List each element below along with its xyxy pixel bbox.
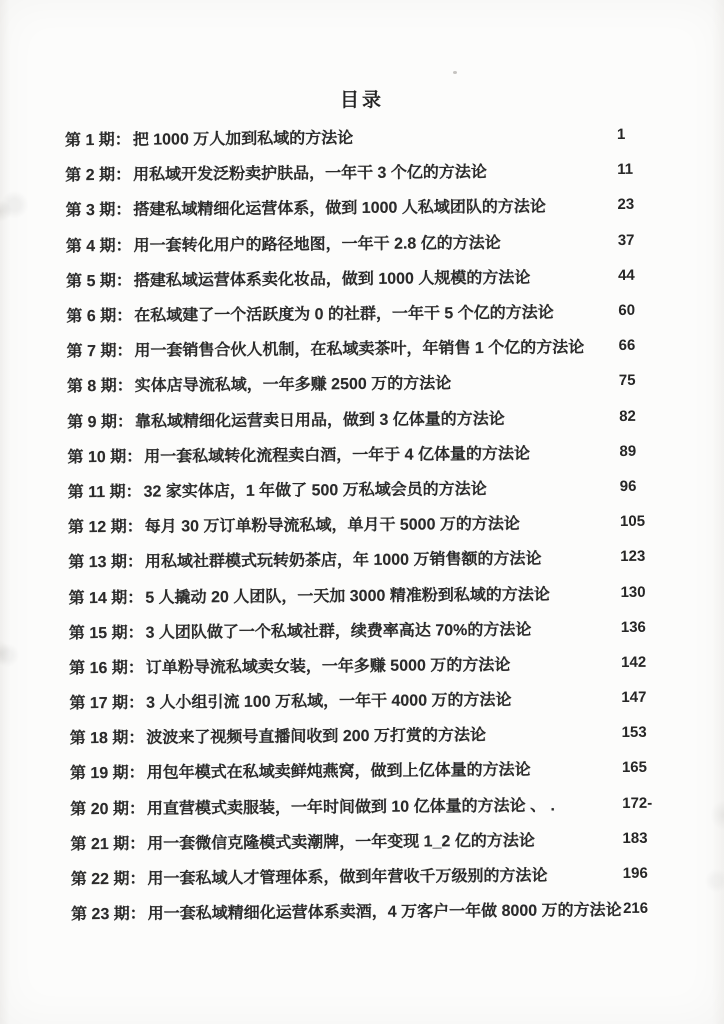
toc-entry-text: 第 14 期：5 人撬动 20 人团队，一天加 3000 精准粉到私域的方法论	[68, 581, 620, 608]
toc-entry-title: 3 人小组引流 100 万私域，一年干 4000 万的方法论	[146, 692, 512, 712]
toc-entry-page: 183	[622, 829, 668, 846]
toc-entry-text: 第 20 期：用直营模式卖服装，一年时间做到 10 亿体量的方法论 、 .	[70, 792, 622, 819]
toc-entry-text: 第 16 期：订单粉导流私域卖女装，一年多赚 5000 万的方法论	[69, 651, 621, 678]
toc-entry-page: 147	[621, 689, 667, 706]
toc-entry: 第 1 期：把 1000 万人加到私域的方法论 1	[0, 116, 721, 157]
toc-entry-label: 第 21 期：	[70, 836, 145, 854]
toc-entry-page: 136	[621, 618, 667, 635]
toc-entry-title: 用一套销售合伙人机制，在私域卖茶叶，年销售 1 个亿的方法论	[134, 339, 584, 360]
toc-entry-title: 搭建私域运营体系卖化妆品，做到 1000 人规模的方法论	[134, 270, 531, 290]
toc-entry-text: 第 17 期：3 人小组引流 100 万私域，一年干 4000 万的方法论	[69, 686, 621, 713]
toc-entry-text: 第 23 期：用一套私域精细化运营体系卖酒，4 万客户一年做 8000 万的方法…	[71, 897, 623, 924]
toc-entry-title: 每月 30 万订单粉导流私域，单月干 5000 万的方法论	[145, 516, 520, 536]
toc-entry: 第 5 期：搭建私域运营体系卖化妆品，做到 1000 人规模的方法论 44	[0, 257, 722, 298]
toc-entry: 第 4 期：用一套转化用户的路径地图，一年干 2.8 亿的方法论 37	[0, 222, 722, 263]
toc-entry-page: 60	[618, 302, 664, 319]
toc-entry: 第 14 期：5 人撬动 20 人团队，一天加 3000 精准粉到私域的方法论 …	[0, 574, 724, 615]
toc-entry-title: 5 人撬动 20 人团队，一天加 3000 精准粉到私域的方法论	[145, 586, 550, 606]
toc-entry-label: 第 20 期：	[70, 800, 145, 818]
scanned-page: 目录 第 1 期：把 1000 万人加到私域的方法论 1 第 2 期：用私域开发…	[0, 0, 724, 1024]
toc-entry-title: 用一套转化用户的路径地图，一年干 2.8 亿的方法论	[134, 235, 501, 255]
toc-entry-page: 44	[618, 266, 664, 283]
toc-entry-label: 第 8 期：	[67, 378, 133, 396]
toc-entry: 第 6 期：在私域建了一个活跃度为 0 的社群，一年干 5 个亿的方法论 60	[0, 292, 722, 333]
toc-entry-text: 第 5 期：搭建私域运营体系卖化妆品，做到 1000 人规模的方法论	[66, 264, 618, 291]
toc-entry-text: 第 7 期：用一套销售合伙人机制，在私域卖茶叶，年销售 1 个亿的方法论	[67, 334, 619, 361]
toc-entry-label: 第 13 期：	[68, 554, 143, 572]
toc-entry: 第 19 期：用包年模式在私域卖鲜炖燕窝，做到上亿体量的方法论 165	[2, 750, 724, 791]
toc-entry-page: 172-	[622, 794, 668, 811]
toc-entry: 第 20 期：用直营模式卖服装，一年时间做到 10 亿体量的方法论 、 . 17…	[2, 785, 724, 826]
toc-entry: 第 7 期：用一套销售合伙人机制，在私域卖茶叶，年销售 1 个亿的方法论 66	[0, 327, 723, 368]
toc-entry-label: 第 7 期：	[67, 343, 133, 361]
toc-entry-page: 75	[619, 372, 665, 389]
toc-entry-title: 波波来了视频号直播间收到 200 万打赏的方法论	[146, 727, 486, 747]
toc-entry-page: 165	[622, 759, 668, 776]
toc-entry-label: 第 18 期：	[70, 730, 145, 748]
toc-entry: 第 12 期：每月 30 万订单粉导流私域，单月干 5000 万的方法论 105	[0, 503, 724, 544]
toc-entry-page: 142	[621, 654, 667, 671]
toc-entry-text: 第 11 期：32 家实体店，1 年做了 500 万私域会员的方法论	[68, 475, 620, 502]
toc-entry-page: 196	[623, 865, 669, 882]
toc-entry: 第 23 期：用一套私域精细化运营体系卖酒，4 万客户一年做 8000 万的方法…	[3, 890, 724, 931]
toc-entry-label: 第 10 期：	[67, 449, 142, 467]
toc-entry-page: 89	[619, 442, 665, 459]
page-title: 目录	[0, 85, 724, 112]
toc-entry-text: 第 4 期：用一套转化用户的路径地图，一年干 2.8 亿的方法论	[66, 229, 618, 256]
toc-entry-text: 第 12 期：每月 30 万订单粉导流私域，单月干 5000 万的方法论	[68, 510, 620, 537]
toc-entry-page: 96	[620, 478, 666, 495]
toc-entry-page: 123	[620, 548, 666, 565]
toc-entry-title: 用一套私域人才管理体系，做到年营收千万级别的方法论	[147, 868, 547, 888]
scan-artifact	[453, 71, 457, 74]
toc-entry-label: 第 6 期：	[66, 308, 132, 326]
toc-entry-label: 第 1 期：	[65, 132, 131, 150]
toc-entry: 第 2 期：用私域开发泛粉卖护肤品，一年干 3 个亿的方法论 11	[0, 151, 721, 192]
toc-entry-label: 第 9 期：	[67, 413, 133, 431]
toc-entry: 第 11 期：32 家实体店，1 年做了 500 万私域会员的方法论 96	[0, 468, 724, 509]
toc-entry-label: 第 17 期：	[69, 695, 144, 713]
toc-entry-title: 靠私域精细化运营卖日用品，做到 3 亿体量的方法论	[135, 410, 505, 430]
toc-entry-page: 216	[623, 900, 669, 917]
toc-entry-title: 用一套私域转化流程卖白酒，一年于 4 亿体量的方法论	[144, 445, 530, 465]
toc-entry-label: 第 22 期：	[71, 871, 146, 889]
toc-entry-label: 第 4 期：	[66, 237, 132, 255]
toc-entry: 第 18 期：波波来了视频号直播间收到 200 万打赏的方法论 153	[2, 714, 724, 755]
toc-entry: 第 22 期：用一套私域人才管理体系，做到年营收千万级别的方法论 196	[3, 855, 724, 896]
toc-entry-label: 第 15 期：	[69, 624, 144, 642]
toc-entry-title: 用包年模式在私域卖鲜炖燕窝，做到上亿体量的方法论	[147, 762, 531, 782]
toc-entry-text: 第 19 期：用包年模式在私域卖鲜炖燕窝，做到上亿体量的方法论	[70, 756, 622, 783]
toc-entry-title: 在私域建了一个活跃度为 0 的社群，一年干 5 个亿的方法论	[134, 305, 554, 325]
toc-entry-title: 用私域开发泛粉卖护肤品，一年干 3 个亿的方法论	[133, 164, 487, 184]
toc-entry: 第 10 期：用一套私域转化流程卖白酒，一年于 4 亿体量的方法论 89	[0, 433, 724, 474]
toc-entry-page: 37	[618, 231, 664, 248]
toc-entry-label: 第 5 期：	[66, 273, 132, 291]
toc-entry-title: 用直营模式卖服装，一年时间做到 10 亿体量的方法论 、 .	[147, 797, 555, 817]
toc-entry-label: 第 19 期：	[70, 765, 145, 783]
toc-entry-page: 66	[619, 337, 665, 354]
toc-entry-label: 第 2 期：	[65, 167, 131, 185]
toc-entry-text: 第 15 期：3 人团队做了一个私域社群，续费率高达 70%的方法论	[69, 616, 621, 643]
toc-entry-page: 130	[620, 583, 666, 600]
toc-entry-title: 用私域社群模式玩转奶茶店，年 1000 万销售额的方法论	[145, 551, 542, 571]
toc-entry-label: 第 11 期：	[68, 484, 142, 502]
toc-entry: 第 13 期：用私域社群模式玩转奶茶店，年 1000 万销售额的方法论 123	[0, 538, 724, 579]
toc-entry: 第 8 期：实体店导流私域，一年多赚 2500 万的方法论 75	[0, 362, 723, 403]
toc-entry-page: 11	[617, 161, 663, 178]
toc-entry-label: 第 3 期：	[65, 202, 131, 220]
toc-entry: 第 17 期：3 人小组引流 100 万私域，一年干 4000 万的方法论 14…	[1, 679, 724, 720]
toc-entry-page: 23	[617, 196, 663, 213]
toc-entry-title: 把 1000 万人加到私域的方法论	[133, 130, 354, 149]
toc-entry-title: 32 家实体店，1 年做了 500 万私域会员的方法论	[143, 481, 486, 501]
toc-entry-title: 3 人团队做了一个私域社群，续费率高达 70%的方法论	[145, 621, 531, 641]
toc-entry: 第 21 期：用一套微信克隆模式卖潮牌，一年变现 1_2 亿的方法论 183	[2, 820, 724, 861]
toc-entry-title: 用一套微信克隆模式卖潮牌，一年变现 1_2 亿的方法论	[147, 832, 535, 852]
toc-entry-text: 第 13 期：用私域社群模式玩转奶茶店，年 1000 万销售额的方法论	[68, 545, 620, 572]
toc-entry-text: 第 10 期：用一套私域转化流程卖白酒，一年于 4 亿体量的方法论	[67, 440, 619, 467]
toc-entry-page: 82	[619, 407, 665, 424]
toc-entry-page: 105	[620, 513, 666, 530]
toc-entry-text: 第 21 期：用一套微信克隆模式卖潮牌，一年变现 1_2 亿的方法论	[70, 827, 622, 854]
toc-entry-title: 用一套私域精细化运营体系卖酒，4 万客户一年做 8000 万的方法论	[148, 902, 622, 923]
toc-entry-text: 第 1 期：把 1000 万人加到私域的方法论	[65, 123, 617, 150]
toc-entry-label: 第 23 期：	[71, 906, 146, 924]
toc-entry-text: 第 22 期：用一套私域人才管理体系，做到年营收千万级别的方法论	[71, 862, 623, 889]
toc-entry-label: 第 12 期：	[68, 519, 143, 537]
toc-entry: 第 9 期：靠私域精细化运营卖日用品，做到 3 亿体量的方法论 82	[0, 398, 723, 439]
toc-entry-title: 搭建私域精细化运营体系，做到 1000 人私域团队的方法论	[133, 199, 546, 219]
toc-entry-label: 第 14 期：	[69, 589, 144, 607]
toc-entry-text: 第 3 期：搭建私域精细化运营体系，做到 1000 人私域团队的方法论	[65, 193, 617, 220]
toc-list: 第 1 期：把 1000 万人加到私域的方法论 1 第 2 期：用私域开发泛粉卖…	[0, 116, 724, 931]
toc-entry-text: 第 9 期：靠私域精细化运营卖日用品，做到 3 亿体量的方法论	[67, 405, 619, 432]
toc-entry-text: 第 6 期：在私域建了一个活跃度为 0 的社群，一年干 5 个亿的方法论	[66, 299, 618, 326]
toc-entry-title: 订单粉导流私域卖女装，一年多赚 5000 万的方法论	[146, 657, 511, 677]
toc-entry-page: 1	[617, 126, 663, 143]
toc-entry-title: 实体店导流私域，一年多赚 2500 万的方法论	[135, 376, 452, 395]
toc-entry-text: 第 8 期：实体店导流私域，一年多赚 2500 万的方法论	[67, 369, 619, 396]
toc-entry-text: 第 18 期：波波来了视频号直播间收到 200 万打赏的方法论	[70, 721, 622, 748]
toc-entry: 第 16 期：订单粉导流私域卖女装，一年多赚 5000 万的方法论 142	[1, 644, 724, 685]
toc-entry-page: 153	[622, 724, 668, 741]
toc-entry: 第 15 期：3 人团队做了一个私域社群，续费率高达 70%的方法论 136	[1, 609, 724, 650]
toc-entry-label: 第 16 期：	[69, 660, 144, 678]
toc-entry-text: 第 2 期：用私域开发泛粉卖护肤品，一年干 3 个亿的方法论	[65, 158, 617, 185]
toc-entry: 第 3 期：搭建私域精细化运营体系，做到 1000 人私域团队的方法论 23	[0, 187, 722, 228]
